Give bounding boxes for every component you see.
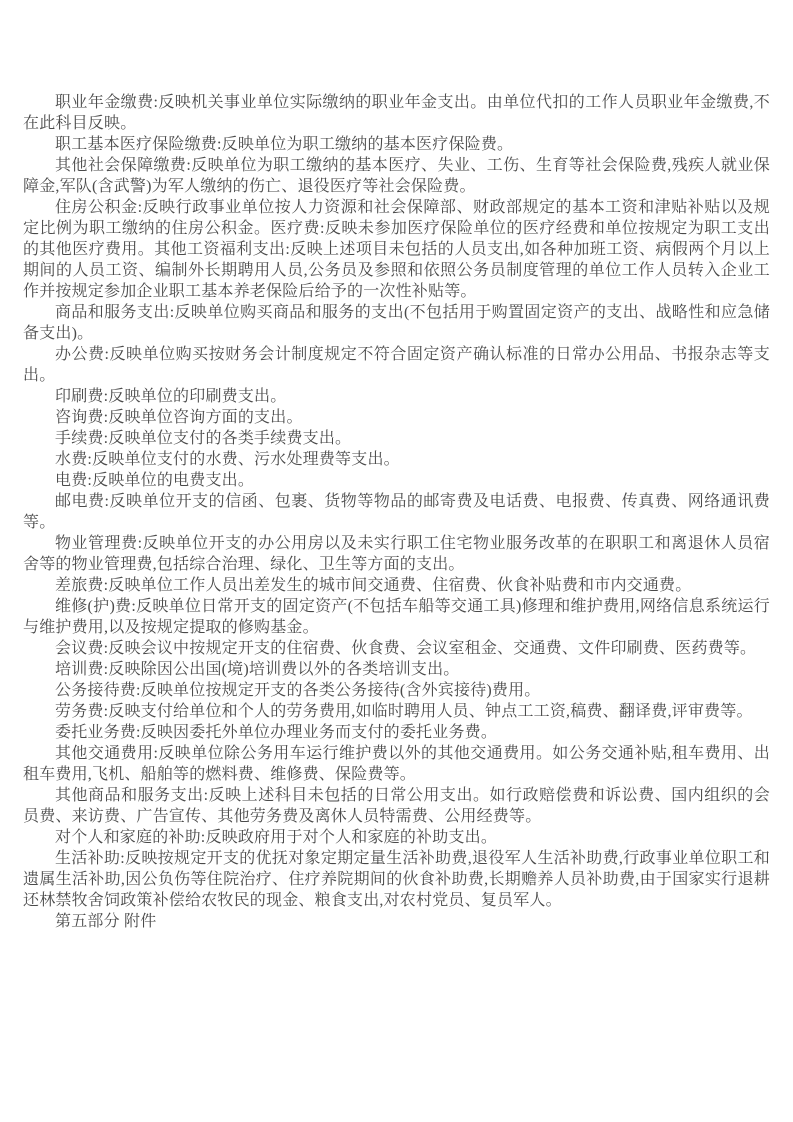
- paragraph: 住房公积金:反映行政事业单位按人力资源和社会保障部、财政部规定的基本工资和津贴补…: [23, 197, 770, 302]
- paragraph: 公务接待费:反映单位按规定开支的各类公务接待(含外宾接待)费用。: [23, 680, 770, 701]
- paragraph: 职业年金缴费:反映机关事业单位实际缴纳的职业年金支出。由单位代扣的工作人员职业年…: [23, 92, 770, 134]
- document-body: 职业年金缴费:反映机关事业单位实际缴纳的职业年金支出。由单位代扣的工作人员职业年…: [0, 0, 793, 1122]
- section-heading: 第五部分 附件: [23, 911, 770, 932]
- paragraph: 商品和服务支出:反映单位购买商品和服务的支出(不包括用于购置固定资产的支出、战略…: [23, 302, 770, 344]
- paragraph: 生活补助:反映按规定开支的优抚对象定期定量生活补助费,退役军人生活补助费,行政事…: [23, 848, 770, 911]
- paragraph: 职工基本医疗保险缴费:反映单位为职工缴纳的基本医疗保险费。: [23, 134, 770, 155]
- paragraph: 委托业务费:反映因委托外单位办理业务而支付的委托业务费。: [23, 722, 770, 743]
- paragraph: 维修(护)费:反映单位日常开支的固定资产(不包括车船等交通工具)修理和维护费用,…: [23, 596, 770, 638]
- paragraph: 物业管理费:反映单位开支的办公用房以及未实行职工住宅物业服务改革的在职职工和离退…: [23, 533, 770, 575]
- paragraph: 对个人和家庭的补助:反映政府用于对个人和家庭的补助支出。: [23, 827, 770, 848]
- paragraph: 会议费:反映会议中按规定开支的住宿费、伙食费、会议室租金、交通费、文件印刷费、医…: [23, 638, 770, 659]
- paragraph: 差旅费:反映单位工作人员出差发生的城市间交通费、住宿费、伙食补贴费和市内交通费。: [23, 575, 770, 596]
- paragraph: 水费:反映单位支付的水费、污水处理费等支出。: [23, 449, 770, 470]
- paragraph: 办公费:反映单位购买按财务会计制度规定不符合固定资产确认标准的日常办公用品、书报…: [23, 344, 770, 386]
- paragraph: 邮电费:反映单位开支的信函、包裹、货物等物品的邮寄费及电话费、电报费、传真费、网…: [23, 491, 770, 533]
- paragraph: 手续费:反映单位支付的各类手续费支出。: [23, 428, 770, 449]
- paragraph: 其他交通费用:反映单位除公务用车运行维护费以外的其他交通费用。如公务交通补贴,租…: [23, 743, 770, 785]
- paragraph: 培训费:反映除因公出国(境)培训费以外的各类培训支出。: [23, 659, 770, 680]
- paragraph: 电费:反映单位的电费支出。: [23, 470, 770, 491]
- paragraph: 其他社会保障缴费:反映单位为职工缴纳的基本医疗、失业、工伤、生育等社会保险费,残…: [23, 155, 770, 197]
- paragraph: 印刷费:反映单位的印刷费支出。: [23, 386, 770, 407]
- paragraph: 咨询费:反映单位咨询方面的支出。: [23, 407, 770, 428]
- document-page: 职业年金缴费:反映机关事业单位实际缴纳的职业年金支出。由单位代扣的工作人员职业年…: [0, 0, 793, 1122]
- paragraph: 劳务费:反映支付给单位和个人的劳务费用,如临时聘用人员、钟点工工资,稿费、翻译费…: [23, 701, 770, 722]
- paragraph: 其他商品和服务支出:反映上述科目未包括的日常公用支出。如行政赔偿费和诉讼费、国内…: [23, 785, 770, 827]
